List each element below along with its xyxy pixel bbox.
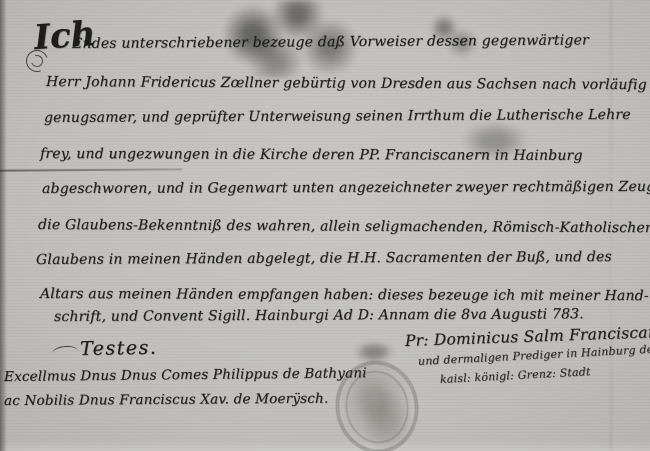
priest-signature-title: kaisl: königl: Grenz: Stadt [440, 365, 591, 386]
document-scan: Ich Endes unterschriebener bezeuge daß V… [0, 0, 650, 451]
witness-signature: Excellmus Dnus Dnus Comes Philippus de B… [4, 365, 367, 385]
manuscript-line-3: genugsamer, und geprüfter Unterweisung s… [44, 107, 631, 126]
manuscript-line-8: Altars aus meinen Händen empfangen haben… [40, 286, 649, 304]
flourish-ornament [51, 345, 78, 361]
ink-stroke [0, 168, 182, 171]
manuscript-line-7: Glaubens in meinen Händen abgelegt, die … [36, 249, 612, 268]
manuscript-line-1: Endes unterschriebener bezeuge daß Vorwe… [72, 32, 589, 52]
manuscript-line-5: abgeschworen, und in Gegenwart unten ang… [42, 179, 650, 197]
manuscript-line-6: die Glaubens-Bekenntniß des wahren, alle… [38, 217, 650, 236]
manuscript-line-4: frey, und ungezwungen in die Kirche dere… [40, 146, 583, 164]
testes-label: Testes. [80, 337, 158, 360]
manuscript-line-9: schrift, und Convent Sigill. Hainburgi A… [54, 306, 584, 325]
seal-inner-ring [341, 367, 413, 448]
witness-signature: ac Nobilis Dnus Franciscus Xav. de Moerÿ… [4, 391, 329, 409]
manuscript-line-2: Herr Johann Fridericus Zœllner gebürtig … [46, 74, 647, 93]
